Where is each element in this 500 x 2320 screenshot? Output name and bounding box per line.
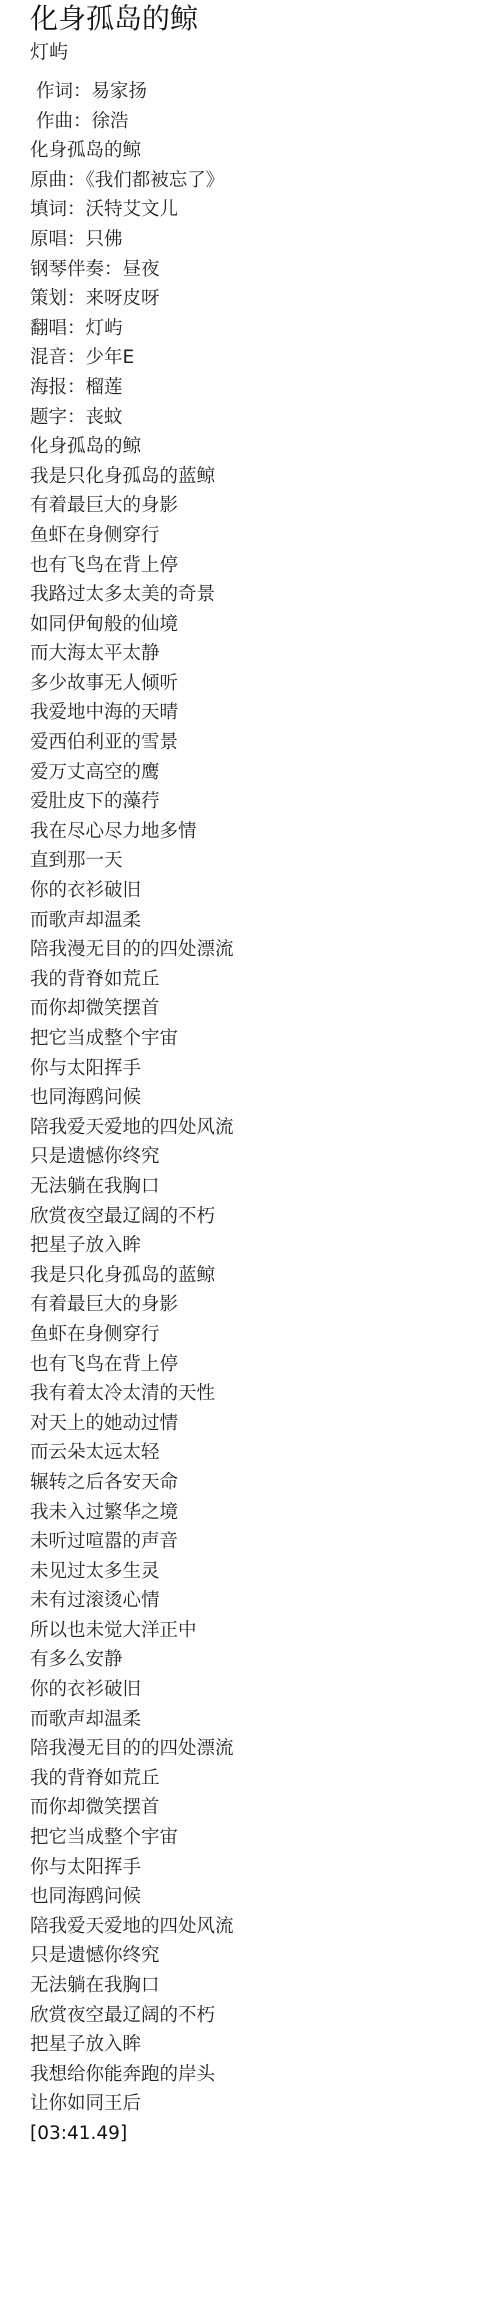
credit-line: 题字：丧蚊: [30, 403, 500, 433]
lyric-line: 而歌声却温柔: [30, 906, 500, 936]
lyric-line: 而大海太平太静: [30, 639, 500, 669]
song-title: 化身孤岛的鲸: [30, 2, 500, 36]
credit-line: 原唱：只佛: [30, 225, 500, 255]
lyric-line: 我路过太多太美的奇景: [30, 580, 500, 610]
lyric-line: 你的衣衫破旧: [30, 876, 500, 906]
lyric-line: 未有过滚烫心情: [30, 1586, 500, 1616]
credit-line: 钢琴伴奏：昼夜: [30, 255, 500, 285]
lyric-line: 只是遗憾你终究: [30, 1142, 500, 1172]
lyric-line: 也有飞鸟在背上停: [30, 1350, 500, 1380]
lyric-line: 我的背脊如荒丘: [30, 965, 500, 995]
lyric-line: 也同海鸥问候: [30, 1882, 500, 1912]
credit-line: 原曲：《我们都被忘了》: [30, 166, 500, 196]
lyric-line: 如同伊甸般的仙境: [30, 610, 500, 640]
lyric-line: 陪我漫无目的的四处漂流: [30, 935, 500, 965]
lyric-line: 我想给你能奔跑的岸头: [30, 2060, 500, 2090]
lyric-line: 辗转之后各安天命: [30, 1468, 500, 1498]
lyric-line: 把它当成整个宇宙: [30, 1823, 500, 1853]
lyric-line: 有着最巨大的身影: [30, 491, 500, 521]
song-artist: 灯屿: [30, 39, 500, 65]
credit-line: 化身孤岛的鲸: [30, 432, 500, 462]
lyric-line: 所以也未觉大洋正中: [30, 1616, 500, 1646]
lyric-line: 有多么安静: [30, 1645, 500, 1675]
lyric-line: 我是只化身孤岛的蓝鲸: [30, 462, 500, 492]
lyric-line: 把星子放入眸: [30, 2030, 500, 2060]
lyric-line: 爱西伯利亚的雪景: [30, 728, 500, 758]
lyric-line: 我的背脊如荒丘: [30, 1764, 500, 1794]
lyric-line: 陪我漫无目的的四处漂流: [30, 1734, 500, 1764]
lyric-line: 爱万丈高空的鹰: [30, 758, 500, 788]
lyric-line: 我未入过繁华之境: [30, 1498, 500, 1528]
lyric-line: 陪我爱天爱地的四处风流: [30, 1113, 500, 1143]
lyric-line: 而歌声却温柔: [30, 1705, 500, 1735]
credit-line: 策划：来呀皮呀: [30, 284, 500, 314]
lyric-line: 让你如同王后: [30, 2089, 500, 2119]
lyrics-body: 作词：易家扬作曲：徐浩化身孤岛的鲸原曲：《我们都被忘了》填词：沃特艾文儿原唱：只…: [30, 77, 500, 2149]
lyric-line: 无法躺在我胸口: [30, 1172, 500, 1202]
lyric-line: 对天上的她动过情: [30, 1409, 500, 1439]
lyric-line: 而云朵太远太轻: [30, 1438, 500, 1468]
credit-line: 翻唱：灯屿: [30, 314, 500, 344]
lyric-line: 我爱地中海的天晴: [30, 698, 500, 728]
lyric-line: 鱼虾在身侧穿行: [30, 1320, 500, 1350]
lyric-line: 爱肚皮下的藻荇: [30, 787, 500, 817]
lyric-line: 而你却微笑摆首: [30, 1793, 500, 1823]
lyric-line: 未见过太多生灵: [30, 1557, 500, 1587]
credit-line: 化身孤岛的鲸: [30, 136, 500, 166]
lyric-line: 而你却微笑摆首: [30, 994, 500, 1024]
credit-line: 海报：榴莲: [30, 373, 500, 403]
lyric-line: 无法躺在我胸口: [30, 1971, 500, 2001]
lyric-line: 多少故事无人倾听: [30, 669, 500, 699]
credits-block: 作词：易家扬作曲：徐浩化身孤岛的鲸原曲：《我们都被忘了》填词：沃特艾文儿原唱：只…: [30, 77, 500, 462]
lyric-line: 你与太阳挥手: [30, 1054, 500, 1084]
lyric-line: 也同海鸥问候: [30, 1083, 500, 1113]
lyric-line: 我是只化身孤岛的蓝鲸: [30, 1261, 500, 1291]
credit-line: 作曲：徐浩: [30, 107, 500, 137]
credit-line: 混音：少年E: [30, 343, 500, 373]
lyric-line: 欣赏夜空最辽阔的不朽: [30, 2001, 500, 2031]
lyric-line: 把它当成整个宇宙: [30, 1024, 500, 1054]
lyrics-page: 化身孤岛的鲸 灯屿 作词：易家扬作曲：徐浩化身孤岛的鲸原曲：《我们都被忘了》填词…: [0, 2, 500, 2149]
lyric-lines-block: 我是只化身孤岛的蓝鲸有着最巨大的身影鱼虾在身侧穿行也有飞鸟在背上停我路过太多太美…: [30, 462, 500, 2119]
lyric-line: 有着最巨大的身影: [30, 1290, 500, 1320]
lyric-line: 我在尽心尽力地多情: [30, 817, 500, 847]
lyric-line: 也有飞鸟在背上停: [30, 551, 500, 581]
lyric-line: 欣赏夜空最辽阔的不朽: [30, 1202, 500, 1232]
lyric-line: 把星子放入眸: [30, 1231, 500, 1261]
lyric-line: 你的衣衫破旧: [30, 1675, 500, 1705]
lyric-line: 鱼虾在身侧穿行: [30, 521, 500, 551]
credit-line: 作词：易家扬: [30, 77, 500, 107]
lyric-line: 我有着太冷太清的天性: [30, 1379, 500, 1409]
lyric-line: 陪我爱天爱地的四处风流: [30, 1912, 500, 1942]
lyric-line: 未听过喧嚣的声音: [30, 1527, 500, 1557]
lyric-line: 你与太阳挥手: [30, 1853, 500, 1883]
end-timestamp: [03:41.49]: [30, 2119, 500, 2149]
lyric-line: 直到那一天: [30, 846, 500, 876]
lyric-line: 只是遗憾你终究: [30, 1941, 500, 1971]
credit-line: 填词：沃特艾文儿: [30, 195, 500, 225]
